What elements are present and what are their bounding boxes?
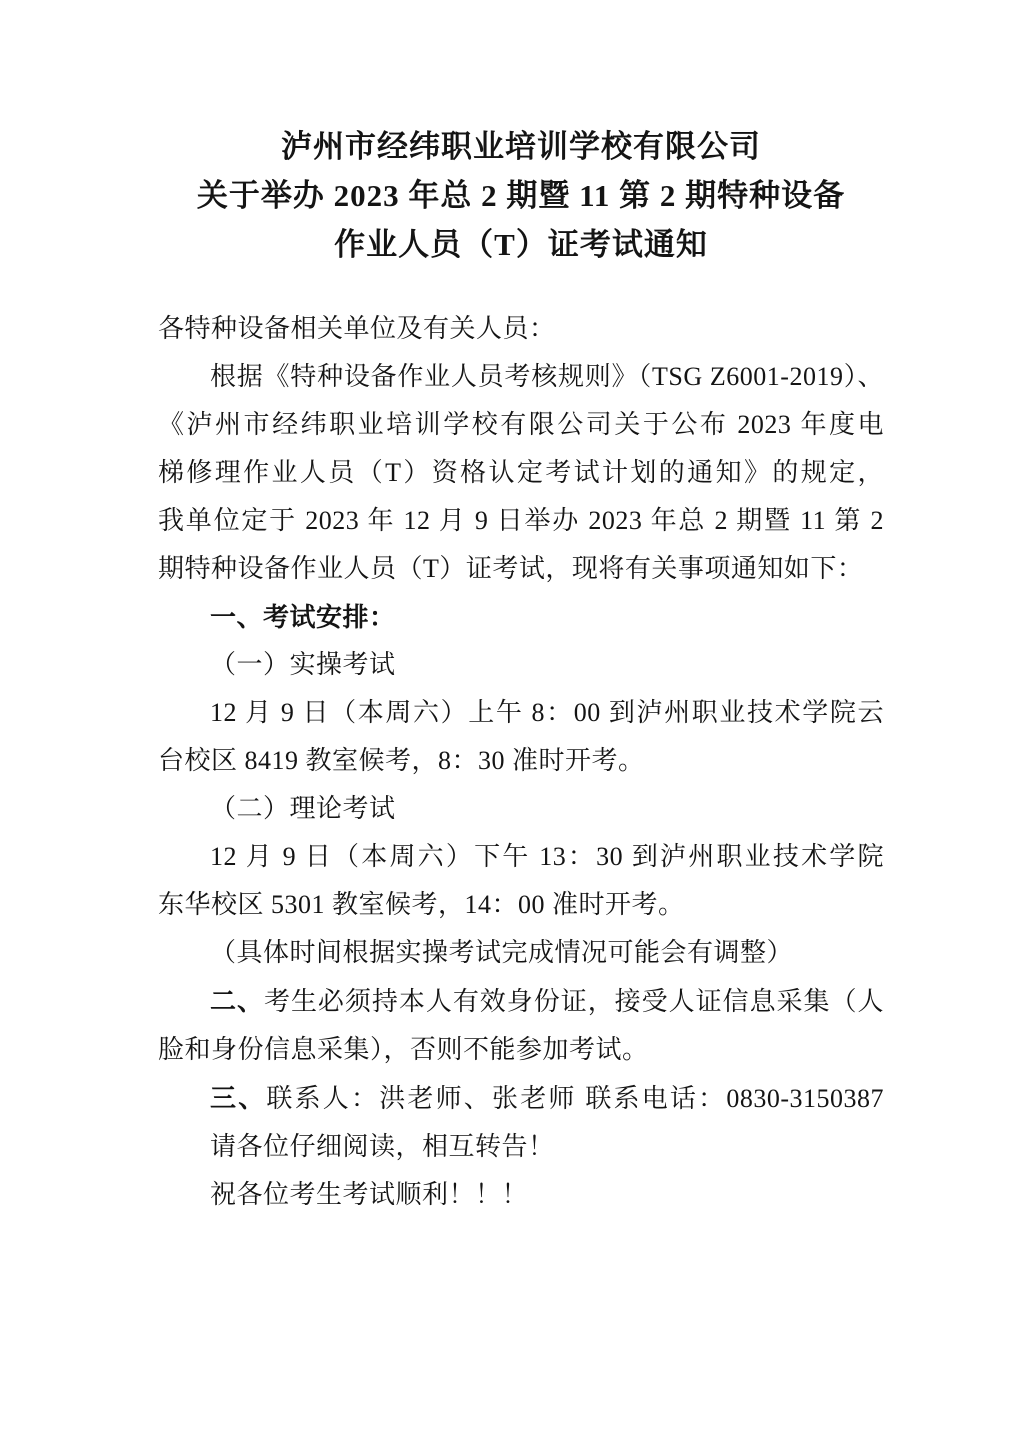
title-line-2: 关于举办 2023 年总 2 期暨 11 第 2 期特种设备: [158, 171, 884, 220]
section-3-contact-line: 三、联系人：洪老师、张老师 联系电话：0830-3150387: [158, 1074, 884, 1123]
document-content: 泸州市经纬职业培训学校有限公司 关于举办 2023 年总 2 期暨 11 第 2…: [0, 0, 1024, 1219]
theory-exam-text-1: 12 月 9 日（本周六）下午 13：30 到泸州职业技术学院: [210, 842, 884, 871]
title-line-1: 泸州市经纬职业培训学校有限公司: [158, 122, 884, 171]
basis-paragraph-line-1: 根据《特种设备作业人员考核规则》（TSG Z6001-2019）、: [158, 353, 884, 401]
basis-text-2: 《泸州市经纬职业培训学校有限公司关于公布 2023 年度电: [158, 410, 884, 439]
good-luck-text: 祝各位考生考试顺利！！！: [210, 1180, 528, 1209]
basis-text-1: 根据《特种设备作业人员考核规则》（TSG Z6001-2019）、: [210, 362, 884, 391]
salutation-text: 各特种设备相关单位及有关人员：: [158, 314, 556, 343]
document-title: 泸州市经纬职业培训学校有限公司 关于举办 2023 年总 2 期暨 11 第 2…: [158, 122, 884, 269]
theory-exam-text-2: 东华校区 5301 教室候考，14：00 准时开考。: [158, 890, 685, 919]
document-page: 泸州市经纬职业培训学校有限公司 关于举办 2023 年总 2 期暨 11 第 2…: [0, 0, 1024, 1448]
practical-exam-subheading: （一）实操考试: [158, 641, 884, 689]
section-2-text-1: 考生必须持本人有效身份证，接受人证信息采集（人: [264, 987, 884, 1016]
schedule-note-line: （具体时间根据实操考试完成情况可能会有调整）: [158, 929, 884, 977]
title-line-3: 作业人员（T）证考试通知: [158, 220, 884, 269]
salutation-line: 各特种设备相关单位及有关人员：: [158, 305, 884, 353]
basis-text-5: 期特种设备作业人员（T）证考试，现将有关事项通知如下：: [158, 554, 863, 583]
theory-exam-subheading-text: （二）理论考试: [210, 794, 396, 823]
section-1-heading: 一、考试安排：: [158, 593, 884, 641]
theory-exam-subheading: （二）理论考试: [158, 785, 884, 833]
practical-exam-line-1: 12 月 9 日（本周六）上午 8：00 到泸州职业技术学院云: [158, 689, 884, 737]
section-2-line-2: 脸和身份信息采集），否则不能参加考试。: [158, 1026, 884, 1074]
practical-exam-subheading-text: （一）实操考试: [210, 650, 396, 679]
section-3-number: 三、: [210, 1083, 266, 1113]
basis-paragraph-line-5: 期特种设备作业人员（T）证考试，现将有关事项通知如下：: [158, 545, 884, 593]
basis-text-4: 我单位定于 2023 年 12 月 9 日举办 2023 年总 2 期暨 11 …: [158, 506, 884, 535]
practical-exam-text-1: 12 月 9 日（本周六）上午 8：00 到泸州职业技术学院云: [210, 698, 884, 727]
theory-exam-line-1: 12 月 9 日（本周六）下午 13：30 到泸州职业技术学院: [158, 833, 884, 881]
read-carefully-line: 请各位仔细阅读，相互转告！: [158, 1123, 884, 1171]
practical-exam-line-2: 台校区 8419 教室候考，8：30 准时开考。: [158, 737, 884, 785]
section-2-number: 二、: [210, 986, 264, 1016]
good-luck-line: 祝各位考生考试顺利！！！: [158, 1171, 884, 1219]
practical-exam-text-2: 台校区 8419 教室候考，8：30 准时开考。: [158, 746, 645, 775]
basis-paragraph-line-2: 《泸州市经纬职业培训学校有限公司关于公布 2023 年度电: [158, 401, 884, 449]
section-2-text-2: 脸和身份信息采集），否则不能参加考试。: [158, 1035, 649, 1064]
section-1-heading-text: 一、考试安排：: [210, 602, 396, 632]
theory-exam-line-2: 东华校区 5301 教室候考，14：00 准时开考。: [158, 881, 884, 929]
read-carefully-text: 请各位仔细阅读，相互转告！: [210, 1132, 555, 1161]
basis-text-3: 梯修理作业人员（T）资格认定考试计划的通知》的规定，: [158, 458, 884, 487]
basis-paragraph-line-3: 梯修理作业人员（T）资格认定考试计划的通知》的规定，: [158, 449, 884, 497]
section-3-contact-text: 联系人：洪老师、张老师 联系电话：0830-3150387: [266, 1084, 884, 1113]
schedule-note-text: （具体时间根据实操考试完成情况可能会有调整）: [210, 938, 793, 967]
basis-paragraph-line-4: 我单位定于 2023 年 12 月 9 日举办 2023 年总 2 期暨 11 …: [158, 497, 884, 545]
section-2-line-1: 二、考生必须持本人有效身份证，接受人证信息采集（人: [158, 977, 884, 1026]
